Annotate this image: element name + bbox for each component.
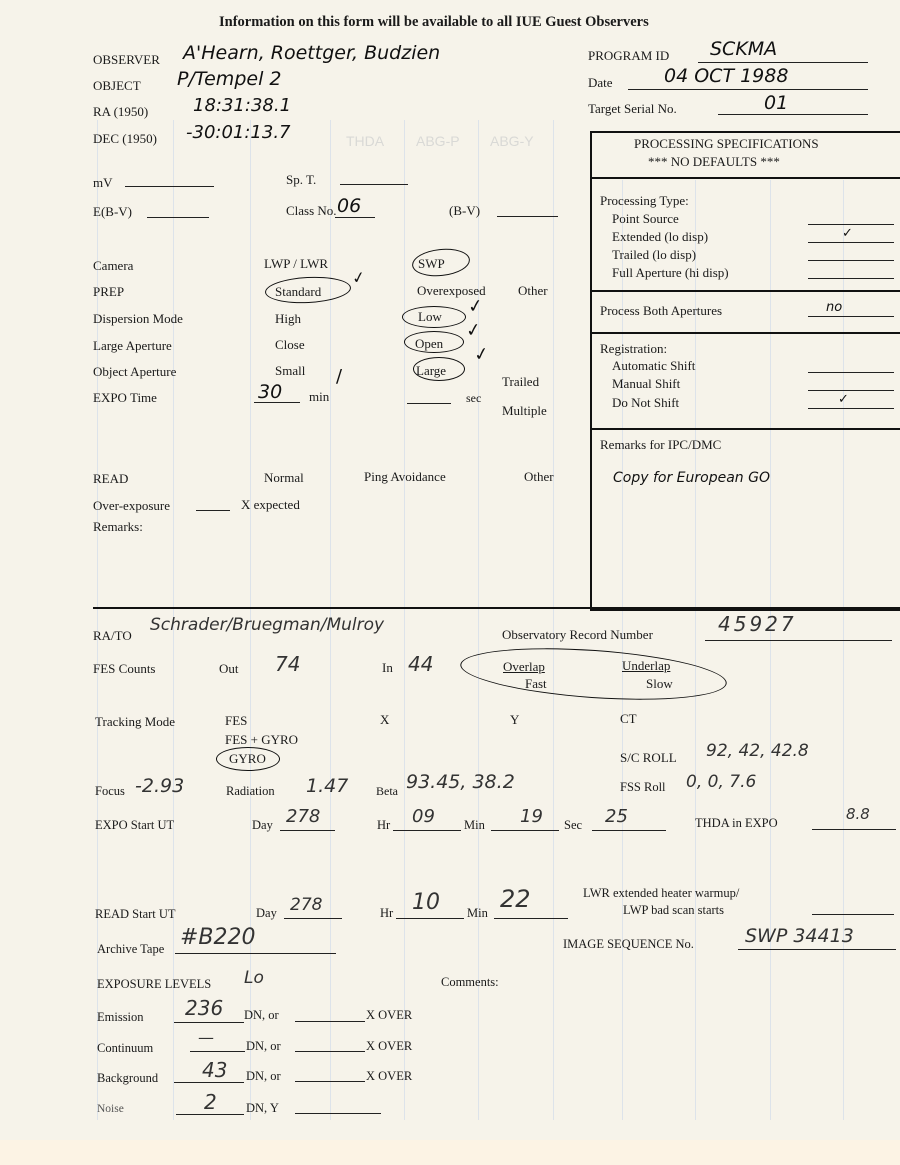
expo-min-label: Min (464, 818, 485, 833)
spt-field[interactable] (340, 184, 408, 185)
emission-dn-value[interactable]: 236 (185, 996, 223, 1020)
fes-counts-label: FES Counts (93, 661, 156, 677)
ct-label: CT (620, 711, 637, 727)
grid-line (404, 120, 405, 1120)
focus-label: Focus (95, 784, 125, 799)
dispersion-option-high[interactable]: High (275, 311, 301, 327)
read-min-value[interactable]: 22 (500, 885, 531, 913)
read-day-underline (284, 918, 342, 919)
continuum-dn-value[interactable]: — (198, 1028, 214, 1047)
expo-sec-underline (592, 830, 666, 831)
program-id-label: PROGRAM ID (588, 48, 669, 64)
read-option-other[interactable]: Other (524, 469, 554, 485)
object-label: OBJECT (93, 78, 141, 94)
program-id-underline (698, 62, 868, 63)
dec-value[interactable]: -30:01:13.7 (186, 122, 291, 143)
radiation-value[interactable]: 1.47 (306, 775, 348, 797)
expo-day-value[interactable]: 278 (286, 806, 320, 827)
read-min-underline (494, 918, 568, 919)
thda-value[interactable]: 8.8 (846, 805, 870, 823)
processing-title: PROCESSING SPECIFICATIONS (634, 136, 819, 152)
large-aperture-label: Large Aperture (93, 338, 172, 354)
processing-type-label: Processing Type: (600, 193, 689, 209)
full-aperture-field[interactable] (808, 278, 894, 279)
processing-type-trailed: Trailed (lo disp) (612, 247, 696, 263)
camera-option-lwp-lwr[interactable]: LWP / LWR (264, 256, 328, 272)
form-notice: Information on this form will be availab… (219, 14, 649, 31)
background-over-suffix: X OVER (366, 1069, 412, 1084)
divider (590, 290, 900, 292)
expo-day-underline (280, 830, 335, 831)
program-id-value[interactable]: SCKMA (710, 38, 777, 60)
read-day-label: Day (256, 906, 277, 921)
point-source-field[interactable] (808, 224, 894, 225)
divider (590, 332, 900, 334)
rato-label: RA/TO (93, 628, 132, 644)
archive-tape-underline (175, 953, 336, 954)
object-value[interactable]: P/Tempel 2 (177, 68, 281, 90)
observer-label: OBSERVER (93, 52, 160, 68)
beta-value[interactable]: 93.45, 38.2 (406, 771, 515, 793)
remarks-label: Remarks: (93, 519, 143, 535)
divider (590, 428, 900, 430)
expo-hr-value[interactable]: 09 (412, 806, 435, 827)
background-over-field[interactable] (295, 1081, 365, 1082)
emission-over-suffix: X OVER (366, 1008, 412, 1023)
selected-circle (216, 747, 280, 771)
exposure-levels-annotation: Lo (244, 968, 264, 988)
comments-label: Comments: (441, 975, 499, 990)
noise-dn-value[interactable]: 2 (204, 1090, 217, 1114)
expo-sec-label: sec (466, 391, 481, 406)
record-number-underline (705, 640, 892, 641)
continuum-dn-underline (190, 1051, 245, 1052)
ghost-text: ABG-P (416, 133, 460, 149)
overexposure-suffix: X expected (241, 497, 300, 513)
thda-label: THDA in EXPO (695, 816, 778, 831)
remarks-ipc-value[interactable]: Copy for European GO (613, 470, 770, 486)
fes-out-value[interactable]: 74 (275, 652, 300, 676)
dec-label: DEC (1950) (93, 131, 157, 147)
expo-day-label: Day (252, 818, 273, 833)
mv-label: mV (93, 175, 113, 191)
continuum-label: Continuum (97, 1041, 153, 1056)
registration-do-not-shift: Do Not Shift (612, 395, 679, 411)
expo-min-label: min (309, 389, 329, 405)
expo-time-label: EXPO Time (93, 390, 157, 406)
noise-dn-suffix: DN, Y (246, 1101, 279, 1116)
fes-in-value[interactable]: 44 (408, 652, 433, 676)
check-icon: ✓ (465, 319, 483, 342)
expo-sec-value[interactable]: 25 (605, 806, 628, 827)
target-serial-underline (718, 114, 868, 115)
grid-line (553, 120, 554, 1120)
expo-start-label: EXPO Start UT (95, 818, 174, 833)
selected-circle (402, 306, 466, 328)
ebv-label: E(B-V) (93, 204, 132, 220)
process-both-apertures-underline (808, 316, 894, 317)
extended-field[interactable] (808, 242, 894, 243)
exposure-levels-title: EXPOSURE LEVELS (97, 977, 211, 992)
archive-tape-value[interactable]: #B220 (180, 925, 256, 950)
emission-label: Emission (97, 1010, 144, 1025)
fss-roll-value[interactable]: 0, 0, 7.6 (686, 772, 756, 792)
registration-label: Registration: (600, 341, 667, 357)
overexposure-field[interactable] (196, 510, 230, 511)
spt-label: Sp. T. (286, 172, 316, 188)
dispersion-mode-label: Dispersion Mode (93, 311, 183, 327)
class-no-underline (335, 217, 375, 218)
registration-automatic-shift: Automatic Shift (612, 358, 695, 374)
rato-value[interactable]: Schrader/Bruegman/Mulroy (150, 615, 384, 635)
noise-dn-underline (176, 1114, 244, 1115)
beta-label: Beta (376, 784, 398, 799)
target-serial-value[interactable]: 01 (764, 92, 788, 114)
overexposure-label: Over-exposure (93, 498, 170, 514)
date-label: Date (588, 75, 613, 91)
process-both-apertures-label: Process Both Apertures (600, 303, 722, 319)
processing-subtitle: *** NO DEFAULTS *** (648, 154, 780, 170)
grid-line (478, 120, 479, 1120)
process-both-apertures-value[interactable]: no (826, 300, 842, 315)
bv-label: (B-V) (449, 203, 480, 219)
remarks-ipc-label: Remarks for IPC/DMC (600, 437, 721, 453)
read-option-ping-avoidance[interactable]: Ping Avoidance (364, 469, 446, 485)
processing-type-extended: Extended (lo disp) (612, 229, 708, 245)
read-option-normal[interactable]: Normal (264, 470, 304, 486)
x-label: X (380, 712, 389, 728)
expo-min-underline (491, 830, 559, 831)
page-margin (0, 1140, 900, 1165)
target-serial-label: Target Serial No. (588, 101, 677, 117)
expo-sec-field[interactable] (407, 403, 451, 404)
lwr-field[interactable] (812, 914, 894, 915)
do-not-shift-field[interactable] (808, 408, 894, 409)
check-icon: ✓ (467, 295, 485, 318)
noise-label: Noise (97, 1103, 124, 1115)
record-number-value[interactable]: 45927 (718, 612, 797, 636)
fes-out-label: Out (219, 661, 239, 677)
continuum-over-field[interactable] (295, 1051, 365, 1052)
expo-hr-label: Hr (377, 818, 390, 833)
check-icon: ✓ (842, 226, 853, 241)
large-aperture-option-close[interactable]: Close (275, 337, 305, 353)
archive-tape-label: Archive Tape (97, 942, 164, 957)
read-hr-label: Hr (380, 906, 393, 921)
image-sequence-underline (738, 949, 896, 950)
ghost-text: THDA (346, 133, 384, 149)
read-hr-value[interactable]: 10 (412, 890, 440, 915)
read-start-label: READ Start UT (95, 907, 176, 922)
sc-roll-label: S/C ROLL (620, 750, 677, 766)
divider (590, 177, 900, 179)
lwr-label-1: LWR extended heater warmup/ (583, 886, 739, 901)
camera-label: Camera (93, 258, 133, 274)
expo-multiple-option[interactable]: Multiple (502, 403, 547, 419)
ghost-text: ABG-Y (490, 133, 534, 149)
check-icon: ✓ (838, 392, 849, 407)
selected-circle (413, 357, 465, 381)
read-min-label: Min (467, 906, 488, 921)
fes-in-label: In (382, 660, 393, 676)
lwr-label-2: LWP bad scan starts (623, 903, 724, 918)
prep-option-other[interactable]: Other (518, 283, 548, 299)
object-aperture-option-small[interactable]: Small (275, 363, 305, 379)
radiation-label: Radiation (226, 784, 275, 799)
trailed-field[interactable] (808, 260, 894, 261)
continuum-dn-suffix: DN, or (246, 1039, 281, 1054)
class-no-value[interactable]: 06 (337, 195, 361, 217)
ra-value[interactable]: 18:31:38.1 (193, 95, 291, 116)
read-hr-underline (396, 918, 464, 919)
read-day-value[interactable]: 278 (290, 895, 322, 915)
ebv-field[interactable] (147, 217, 209, 218)
y-label: Y (510, 712, 519, 728)
section-divider (93, 607, 900, 609)
bv-field[interactable] (497, 216, 558, 217)
background-dn-value[interactable]: 43 (202, 1058, 227, 1082)
observer-value[interactable]: A'Hearn, Roettger, Budzien (183, 42, 440, 64)
prep-label: PREP (93, 284, 124, 300)
class-no-label: Class No. (286, 203, 337, 219)
expo-min-value[interactable]: 19 (520, 806, 543, 827)
record-number-label: Observatory Record Number (502, 627, 653, 643)
thda-underline (812, 829, 896, 830)
tracking-mode-label: Tracking Mode (95, 714, 175, 730)
image-sequence-value[interactable]: SWP 34413 (745, 925, 854, 947)
image-sequence-label: IMAGE SEQUENCE No. (563, 937, 694, 952)
expo-trailed-option[interactable]: Trailed (502, 374, 539, 390)
continuum-over-suffix: X OVER (366, 1039, 412, 1054)
sc-roll-value[interactable]: 92, 42, 42.8 (706, 741, 809, 761)
noise-y-field[interactable] (295, 1113, 381, 1114)
emission-dn-suffix: DN, or (244, 1008, 279, 1023)
date-underline (628, 89, 868, 90)
emission-dn-underline (174, 1022, 244, 1023)
registration-manual-shift: Manual Shift (612, 376, 680, 392)
selected-circle (404, 331, 464, 353)
background-dn-underline (174, 1082, 244, 1083)
background-label: Background (97, 1071, 158, 1086)
check-icon: / (336, 366, 342, 387)
expo-hr-underline (393, 830, 461, 831)
focus-value[interactable]: -2.93 (135, 775, 184, 797)
expo-sec-label: Sec (564, 818, 582, 833)
object-aperture-label: Object Aperture (93, 364, 176, 380)
processing-type-full-aperture: Full Aperture (hi disp) (612, 265, 729, 281)
emission-over-field[interactable] (295, 1021, 365, 1022)
date-value[interactable]: 04 OCT 1988 (664, 65, 788, 87)
ra-label: RA (1950) (93, 104, 148, 120)
read-label: READ (93, 471, 128, 487)
tracking-option-fes[interactable]: FES (225, 713, 247, 729)
background-dn-suffix: DN, or (246, 1069, 281, 1084)
automatic-shift-field[interactable] (808, 372, 894, 373)
mv-field[interactable] (125, 186, 214, 187)
tracking-option-fes-gyro[interactable]: FES + GYRO (225, 732, 298, 748)
manual-shift-field[interactable] (808, 390, 894, 391)
expo-min-value[interactable]: 30 (258, 381, 282, 403)
fss-roll-label: FSS Roll (620, 780, 666, 795)
processing-type-point-source: Point Source (612, 211, 679, 227)
